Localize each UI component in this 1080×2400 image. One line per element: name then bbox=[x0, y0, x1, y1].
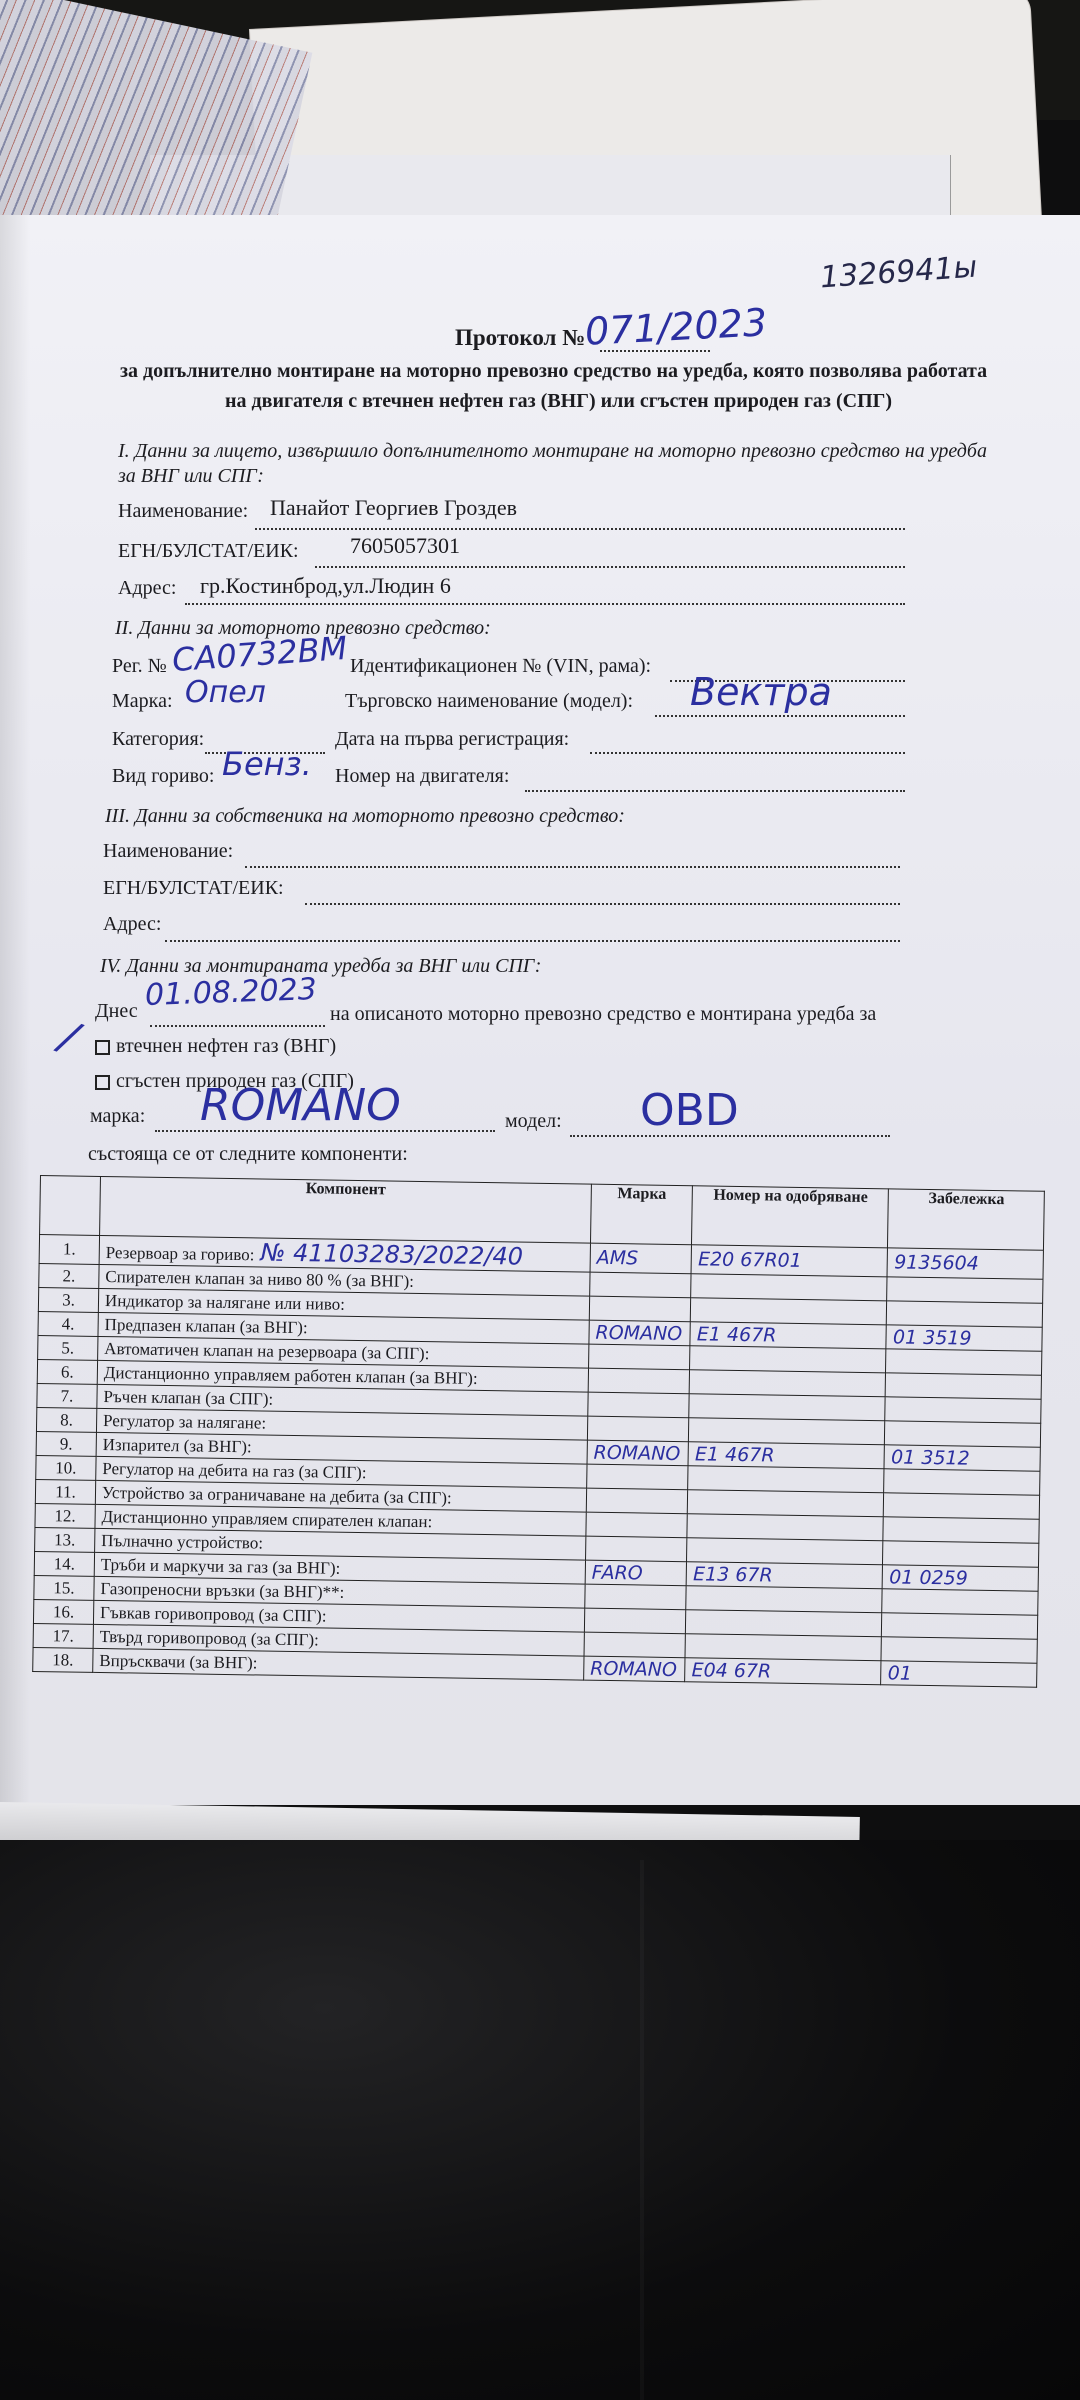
row-brand bbox=[587, 1464, 689, 1490]
model-line bbox=[655, 715, 905, 717]
row-brand-text: ROMANO bbox=[590, 1657, 677, 1680]
row-brand bbox=[585, 1584, 687, 1610]
row-brand bbox=[588, 1344, 690, 1370]
s3-address-label: Адрес: bbox=[103, 913, 161, 936]
row-number-text: 9. bbox=[60, 1434, 73, 1453]
row-approval-text: E20 67R01 bbox=[698, 1248, 802, 1272]
protocol-subtitle-line-2: на двигателя с втечнен нефтен газ (ВНГ) … bbox=[225, 390, 892, 413]
row-number: 6. bbox=[37, 1359, 97, 1384]
row-component-text: Регулатор на дебита на газ (за СПГ): bbox=[102, 1459, 366, 1482]
row-approval bbox=[687, 1538, 884, 1565]
fuel-value: Бенз. bbox=[222, 745, 312, 783]
col-brand: Марка bbox=[590, 1184, 692, 1245]
row-component-text: Впръсквачи (за ВНГ): bbox=[99, 1650, 257, 1671]
row-number-text: 16. bbox=[53, 1602, 75, 1621]
row-approval: E13 67R bbox=[686, 1562, 883, 1589]
row-approval bbox=[685, 1634, 882, 1661]
row-component-text: Резервоар за гориво: bbox=[106, 1243, 255, 1264]
section-1-heading-cont: за ВНГ или СПГ: bbox=[118, 465, 264, 488]
components-table: Компонент Марка Номер на одобряване Забе… bbox=[32, 1175, 1045, 1688]
row-number: 14. bbox=[34, 1551, 94, 1576]
row-number-text: 11. bbox=[55, 1482, 76, 1501]
row-note: 01 3519 bbox=[886, 1325, 1042, 1351]
row-component-text: Устройство за ограничаване на дебита (за… bbox=[102, 1483, 452, 1507]
col-note: Забележка bbox=[888, 1189, 1044, 1250]
make-label: Марка: bbox=[112, 690, 173, 713]
row-number-text: 5. bbox=[61, 1338, 74, 1357]
row-note-text: 9135604 bbox=[894, 1251, 979, 1274]
row-note bbox=[887, 1301, 1043, 1327]
s1-id-label: ЕГН/БУЛСТАТ/ЕИК: bbox=[118, 540, 299, 563]
row-number: 3. bbox=[38, 1287, 98, 1312]
checkbox-lpg[interactable] bbox=[95, 1040, 110, 1055]
row-number-text: 18. bbox=[52, 1650, 74, 1669]
row-approval bbox=[691, 1274, 888, 1301]
row-note bbox=[884, 1469, 1040, 1495]
row-approval bbox=[688, 1490, 885, 1517]
row-approval: E1 467R bbox=[690, 1322, 887, 1349]
s3-address-line bbox=[165, 940, 900, 942]
row-brand bbox=[588, 1368, 690, 1394]
fuel-label: Вид гориво: bbox=[112, 765, 215, 788]
system-brand-label: марка: bbox=[90, 1105, 145, 1128]
s1-address-line bbox=[185, 603, 905, 605]
row-brand: ROMANO bbox=[584, 1656, 686, 1682]
row-number: 4. bbox=[38, 1311, 98, 1336]
system-model-label: модел: bbox=[505, 1110, 562, 1133]
model-label: Търговско наименование (модел): bbox=[345, 690, 633, 713]
row-number-text: 7. bbox=[61, 1386, 74, 1405]
table-body: 1.Резервоар за гориво:№ 41103283/2022/40… bbox=[33, 1235, 1044, 1688]
reg-label: Рег. № bbox=[112, 655, 167, 678]
vin-label: Идентификационен № (VIN, рама): bbox=[350, 655, 651, 678]
row-component-text: Твърд горивопровод (за СПГ): bbox=[100, 1626, 319, 1648]
row-number-text: 6. bbox=[61, 1362, 74, 1381]
s1-id-line bbox=[315, 566, 905, 568]
row-number: 9. bbox=[36, 1431, 96, 1456]
first-registration-line bbox=[590, 752, 905, 754]
row-approval-text: E1 467R bbox=[695, 1443, 775, 1466]
row-number-text: 10. bbox=[55, 1458, 77, 1477]
row-note bbox=[883, 1517, 1039, 1543]
row-approval bbox=[686, 1610, 883, 1637]
row-approval: E1 467R bbox=[688, 1442, 885, 1469]
row-note bbox=[885, 1421, 1041, 1447]
row-note: 01 0259 bbox=[883, 1565, 1039, 1591]
row-note bbox=[886, 1373, 1042, 1399]
row-number-text: 1. bbox=[63, 1239, 76, 1258]
row-approval: E20 67R01 bbox=[691, 1245, 888, 1277]
row-number-text: 13. bbox=[54, 1530, 76, 1549]
s1-address-label: Адрес: bbox=[118, 577, 176, 600]
row-number: 18. bbox=[33, 1647, 93, 1672]
s3-name-label: Наименование: bbox=[103, 840, 233, 863]
row-brand bbox=[588, 1392, 690, 1418]
col-number bbox=[40, 1176, 101, 1236]
row-component-text: Газопреносни връзки (за ВНГ)**: bbox=[100, 1579, 344, 1602]
row-number-text: 14. bbox=[54, 1554, 76, 1573]
row-note: 01 3512 bbox=[884, 1445, 1040, 1471]
row-note bbox=[887, 1277, 1043, 1303]
row-brand-text: FARO bbox=[592, 1561, 643, 1584]
row-note-text: 01 bbox=[888, 1662, 913, 1684]
row-brand bbox=[589, 1296, 691, 1322]
date-line bbox=[150, 1025, 325, 1027]
row-component-text: Дистанционно управляем работен клапан (з… bbox=[104, 1363, 478, 1388]
row-brand-text: ROMANO bbox=[595, 1321, 682, 1344]
s3-name-line bbox=[245, 866, 900, 868]
section-3-heading: III. Данни за собственика на моторното п… bbox=[105, 805, 625, 828]
option-lpg[interactable]: втечнен нефтен газ (ВНГ) bbox=[95, 1035, 336, 1058]
row-component-text: Индикатор за налягане или ниво: bbox=[105, 1291, 345, 1314]
row-component-text: Автоматичен клапан на резервоара (за СПГ… bbox=[104, 1339, 429, 1363]
system-model-value: OBD bbox=[640, 1085, 739, 1136]
row-number: 7. bbox=[37, 1383, 97, 1408]
fabric-fold bbox=[640, 1860, 644, 2400]
row-brand bbox=[584, 1632, 686, 1658]
row-brand bbox=[586, 1488, 688, 1514]
row-approval bbox=[690, 1346, 887, 1373]
date-suffix: на описаното моторно превозно средство е… bbox=[330, 1003, 876, 1026]
row-handwritten-serial: № 41103283/2022/40 bbox=[260, 1238, 523, 1270]
protocol-title: Протокол № bbox=[455, 325, 585, 351]
row-number-text: 3. bbox=[62, 1290, 75, 1309]
document-shadow bbox=[0, 215, 30, 1805]
s1-name-label: Наименование: bbox=[118, 500, 248, 523]
option-lpg-label: втечнен нефтен газ (ВНГ) bbox=[116, 1035, 336, 1057]
row-approval bbox=[689, 1370, 886, 1397]
row-number-text: 2. bbox=[62, 1266, 75, 1285]
row-note bbox=[886, 1349, 1042, 1375]
row-approval bbox=[688, 1466, 885, 1493]
system-brand-value: ROMANO bbox=[200, 1080, 401, 1131]
row-brand bbox=[585, 1536, 687, 1562]
row-number-text: 8. bbox=[60, 1410, 73, 1429]
row-brand bbox=[586, 1512, 688, 1538]
row-component-text: Тръби и маркучи за газ (за ВНГ): bbox=[101, 1555, 341, 1578]
row-note-text: 01 3512 bbox=[891, 1446, 970, 1469]
row-approval bbox=[687, 1514, 884, 1541]
row-component-text: Спирателен клапан за ниво 80 % (за ВНГ): bbox=[105, 1267, 414, 1291]
first-registration-label: Дата на първа регистрация: bbox=[335, 728, 569, 751]
dark-fabric-background bbox=[0, 1840, 1080, 2400]
row-note-text: 01 0259 bbox=[889, 1566, 968, 1589]
section-4-heading: IV. Данни за монтираната уредба за ВНГ и… bbox=[100, 955, 541, 978]
row-brand: AMS bbox=[590, 1243, 692, 1274]
col-component: Компонент bbox=[100, 1176, 592, 1243]
row-approval-text: E1 467R bbox=[697, 1323, 777, 1346]
row-note-text: 01 3519 bbox=[893, 1326, 972, 1349]
row-brand-text: ROMANO bbox=[593, 1441, 680, 1464]
row-number: 11. bbox=[35, 1479, 95, 1504]
row-approval bbox=[686, 1586, 883, 1613]
s1-id-value: 7605057301 bbox=[350, 533, 460, 559]
row-approval bbox=[691, 1298, 888, 1325]
row-number-text: 4. bbox=[62, 1314, 75, 1333]
row-number: 16. bbox=[33, 1599, 93, 1624]
row-note: 9135604 bbox=[887, 1248, 1043, 1279]
s1-name-line bbox=[255, 528, 905, 530]
row-brand bbox=[590, 1272, 692, 1298]
row-number: 17. bbox=[33, 1623, 93, 1648]
row-brand-text: AMS bbox=[597, 1247, 639, 1270]
row-number: 15. bbox=[34, 1575, 94, 1600]
row-component-text: Изпарител (за ВНГ): bbox=[103, 1435, 252, 1456]
row-brand bbox=[584, 1608, 686, 1634]
row-note bbox=[882, 1613, 1038, 1639]
row-brand: FARO bbox=[585, 1560, 687, 1586]
make-value: Опел bbox=[185, 675, 266, 710]
row-brand: ROMANO bbox=[587, 1440, 689, 1466]
engine-number-line bbox=[525, 790, 905, 792]
row-component-text: Дистанционно управляем спирателен клапан… bbox=[101, 1507, 432, 1531]
row-note: 01 bbox=[881, 1661, 1037, 1687]
row-brand: ROMANO bbox=[589, 1320, 691, 1346]
row-note bbox=[882, 1589, 1038, 1615]
row-number: 13. bbox=[35, 1527, 95, 1552]
s3-id-label: ЕГН/БУЛСТАТ/ЕИК: bbox=[103, 877, 284, 900]
category-label: Категория: bbox=[112, 728, 204, 751]
row-note bbox=[881, 1637, 1037, 1663]
section-1-heading: I. Данни за лицето, извършило допълнител… bbox=[118, 440, 987, 463]
row-number: 12. bbox=[35, 1503, 95, 1528]
row-approval: E04 67R bbox=[685, 1658, 882, 1685]
row-number: 8. bbox=[36, 1407, 96, 1432]
components-intro: състояща се от следните компоненти: bbox=[88, 1143, 408, 1166]
row-approval bbox=[689, 1394, 886, 1421]
col-approval: Номер на одобряване bbox=[692, 1186, 889, 1248]
row-component-text: Регулатор за налягане: bbox=[103, 1411, 266, 1433]
s1-address-value: гр.Костинброд,ул.Людин 6 bbox=[200, 573, 451, 599]
row-component-text: Гъвкав горивопровод (за СПГ): bbox=[100, 1602, 327, 1625]
checkbox-cng[interactable] bbox=[95, 1075, 110, 1090]
row-number-text: 15. bbox=[53, 1578, 75, 1597]
protocol-subtitle-line-1: за допълнително монтиране на моторно пре… bbox=[120, 360, 987, 383]
row-approval-text: E04 67R bbox=[691, 1659, 771, 1682]
row-component-text: Предпазен клапан (за ВНГ): bbox=[104, 1315, 307, 1337]
row-number-text: 12. bbox=[54, 1506, 76, 1525]
row-number: 5. bbox=[38, 1335, 98, 1360]
engine-number-label: Номер на двигателя: bbox=[335, 765, 509, 788]
date-label: Днес bbox=[95, 1000, 138, 1023]
s1-name-value: Панайот Георгиев Гроздев bbox=[270, 495, 517, 521]
row-note bbox=[884, 1493, 1040, 1519]
row-approval bbox=[689, 1418, 886, 1445]
row-number: 2. bbox=[39, 1263, 99, 1288]
row-component-text: Ръчен клапан (за СПГ): bbox=[103, 1387, 273, 1409]
row-note bbox=[885, 1397, 1041, 1423]
row-number-text: 17. bbox=[52, 1626, 74, 1645]
row-number: 10. bbox=[36, 1455, 96, 1480]
s3-id-line bbox=[305, 903, 900, 905]
row-brand bbox=[587, 1416, 689, 1442]
installation-date: 01.08.2023 bbox=[144, 972, 317, 1013]
row-note bbox=[883, 1541, 1039, 1567]
row-number: 1. bbox=[39, 1235, 99, 1265]
row-approval-text: E13 67R bbox=[693, 1563, 773, 1586]
model-value: Вектра bbox=[690, 670, 832, 714]
row-component-text: Пълначно устройство: bbox=[101, 1531, 263, 1553]
